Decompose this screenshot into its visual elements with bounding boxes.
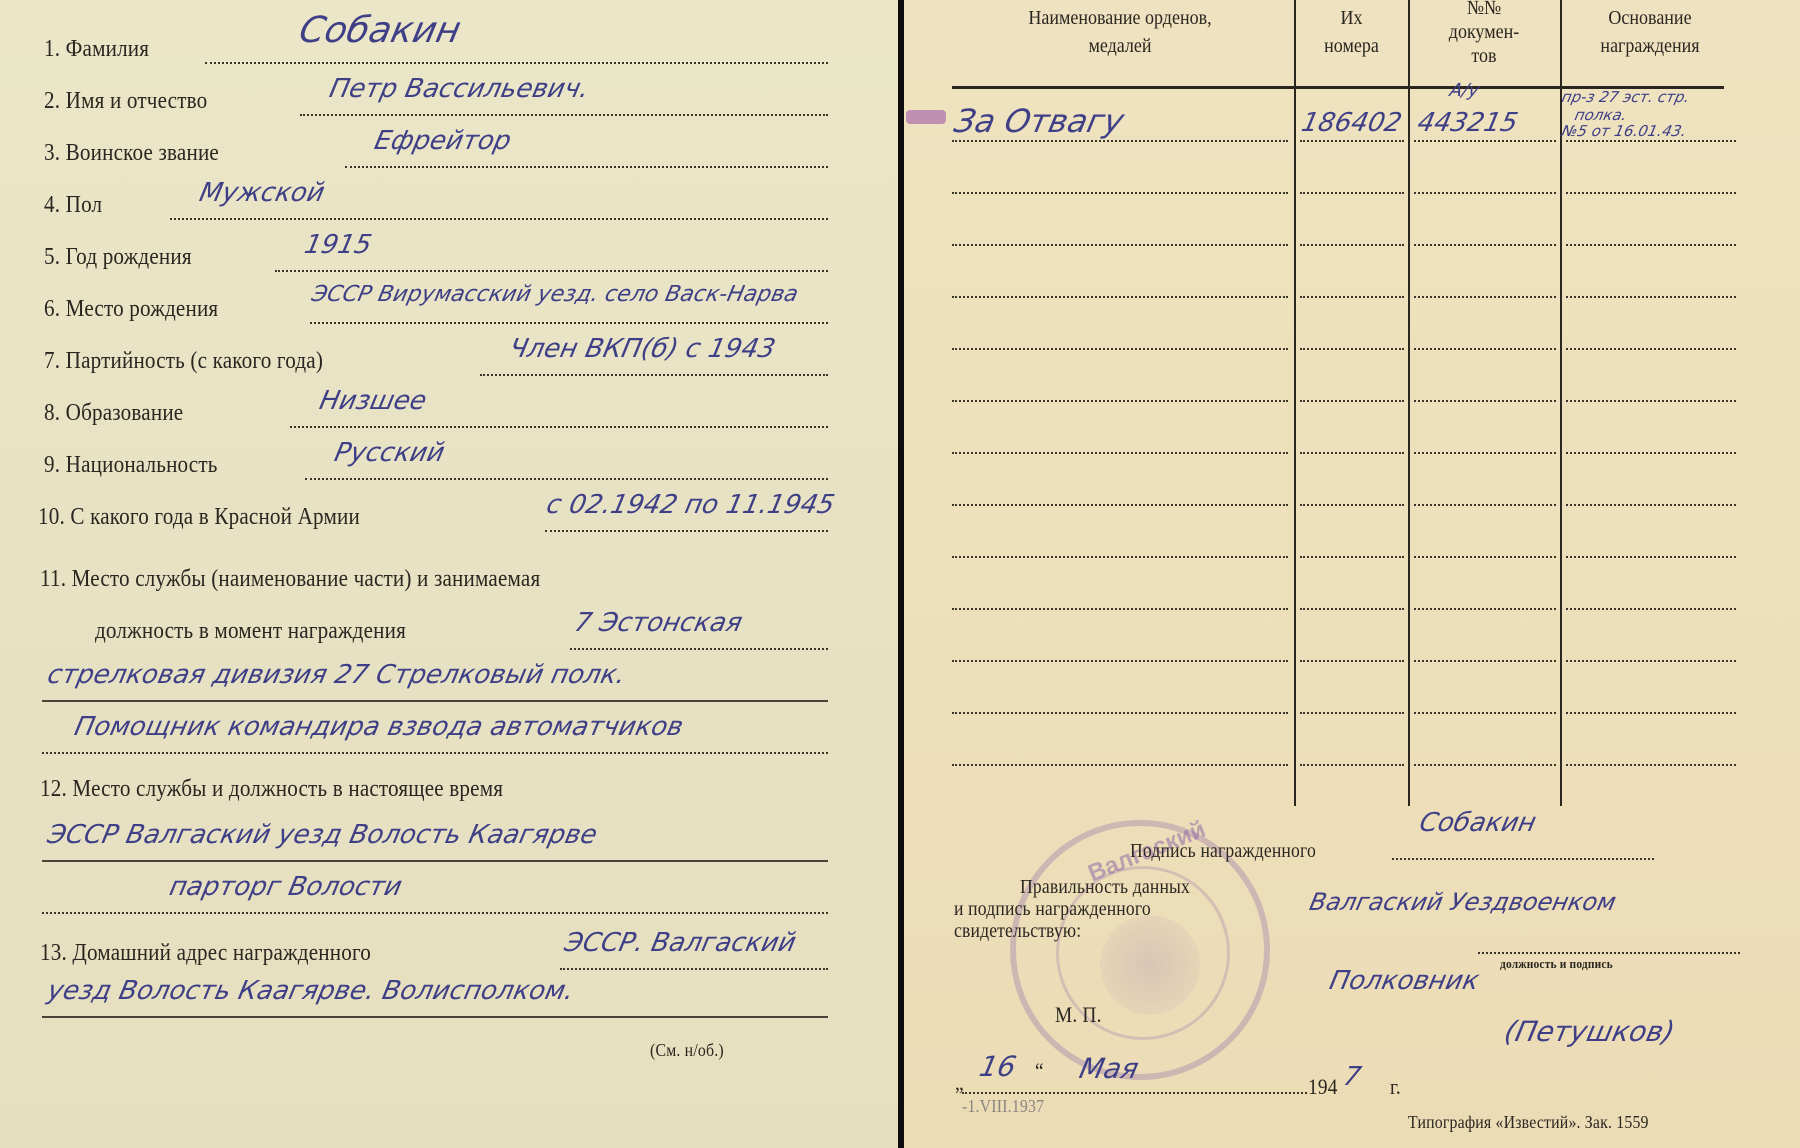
field-8-label: 8. Образование	[44, 400, 183, 427]
official-rank: Полковник	[1327, 966, 1482, 996]
field-8-value: Низшее	[317, 386, 429, 416]
certification-line-2: и подпись награжденного	[954, 898, 1151, 921]
col-header-basis: Основаниенаграждения	[1574, 4, 1727, 60]
field-13-label: 13. Домашний адрес награжденного	[40, 940, 371, 967]
field-3-value: Ефрейтор	[372, 126, 514, 156]
field-11-value-1: 7 Эстонская	[572, 608, 745, 638]
field-13-value-1: ЭССР. Валгаский	[562, 928, 799, 958]
signature-label: Подпись награжденного	[1130, 840, 1316, 863]
col-header-numbers: Ихномера	[1302, 4, 1400, 60]
field-1-label: 1. Фамилия	[44, 36, 149, 63]
stamp-date-overprint: -1.VIII.1937	[962, 1096, 1044, 1117]
date-month: Мая	[1076, 1052, 1141, 1085]
field-10-label: 10. С какого года в Красной Армии	[38, 504, 360, 531]
official-name: (Петушков)	[1501, 1015, 1677, 1048]
award-doc-number: 443215	[1415, 108, 1521, 138]
award-basis-1: пр-з 27 эст. стр.	[1560, 88, 1691, 106]
date-year-end: г.	[1390, 1074, 1401, 1100]
field-4-value: Мужской	[197, 178, 327, 208]
field-5-value: 1915	[302, 230, 375, 260]
award-doc-prefix: А/у	[1448, 80, 1481, 101]
date-year-prefix: 194	[1308, 1074, 1338, 1100]
col-divider	[1294, 0, 1296, 806]
col-header-awards: Наименование орденов,медалей	[969, 4, 1271, 60]
page-divider	[898, 0, 904, 1148]
official-title: Валгаский Уездвоенком	[1307, 888, 1619, 916]
field-7-label: 7. Партийность (с какого года)	[44, 348, 323, 375]
field-13-value-2: уезд Волость Каагярве. Волисполком.	[45, 976, 577, 1006]
signature-value: Собакин	[1417, 808, 1539, 838]
field-3-label: 3. Воинское звание	[44, 140, 219, 167]
field-12-value-1: ЭССР Валгаский уезд Волость Каагярве	[45, 820, 600, 850]
certification-line-3: свидетельствую:	[954, 920, 1081, 943]
field-6-value: ЭССР Вирумасский уезд. село Васк-Нарва	[309, 282, 800, 307]
col-divider	[1560, 0, 1562, 806]
field-11-value-3: Помощник командира взвода автоматчиков	[72, 712, 686, 742]
official-caption: должность и подпись	[1500, 956, 1613, 972]
award-number: 186402	[1299, 108, 1405, 138]
seal-label: М. П.	[1055, 1002, 1102, 1028]
certification-line-1: Правильность данных	[1020, 876, 1190, 899]
field-2-label: 2. Имя и отчество	[44, 88, 207, 115]
field-11-label-line2: должность в момент награждения	[95, 618, 406, 645]
field-5-label: 5. Год рождения	[44, 244, 192, 271]
field-4-label: 4. Пол	[44, 192, 102, 219]
col-divider	[1408, 0, 1410, 806]
field-12-value-2: парторг Волости	[167, 872, 405, 902]
field-1-value: Собакин	[296, 10, 465, 51]
date-day: 16	[976, 1050, 1019, 1083]
field-7-value: Член ВКП(б) с 1943	[507, 334, 778, 364]
field-10-value: с 02.1942 по 11.1945	[544, 490, 837, 520]
printer-imprint: Типография «Известий». Зак. 1559	[1408, 1112, 1649, 1133]
field-2-value: Петр Васcильевич.	[327, 74, 592, 104]
ink-mark	[906, 110, 946, 124]
date-close-quote: “	[1035, 1058, 1044, 1084]
field-9-value: Русский	[332, 438, 448, 468]
field-6-label: 6. Место рождения	[44, 296, 218, 323]
col-header-documents: №№докумен-тов	[1420, 0, 1548, 68]
award-name: За Отвагу	[951, 102, 1127, 140]
field-11-label: 11. Место службы (наименование части) и …	[40, 566, 540, 593]
field-9-label: 9. Национальность	[44, 452, 218, 479]
field-11-value-2: стрелковая дивизия 27 Стрелковый полк.	[45, 660, 628, 690]
stamp-emblem-icon	[1100, 915, 1200, 1015]
award-basis-3: №5 от 16.01.43.	[1560, 122, 1688, 140]
see-reverse-note: (См. н/об.)	[650, 1040, 724, 1061]
field-12-label: 12. Место службы и должность в настоящее…	[40, 776, 503, 803]
